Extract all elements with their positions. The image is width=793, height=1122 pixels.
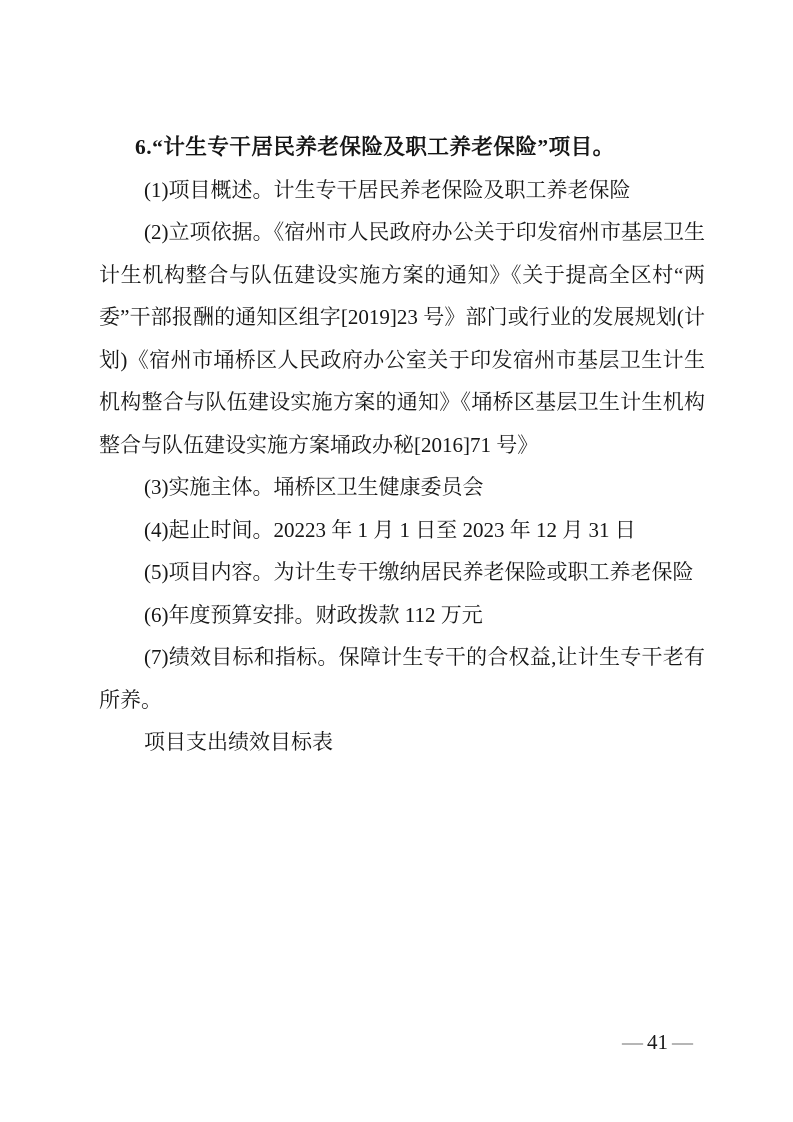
paragraph-time-period: (4)起止时间。20223 年 1 月 1 日至 2023 年 12 月 31 … — [99, 509, 705, 552]
paragraph-performance-goals: (7)绩效目标和指标。保障计生专干的合权益,让计生专干老有所养。 — [99, 636, 705, 721]
document-body: 6.“计生专干居民养老保险及职工养老保险”项目。 (1)项目概述。计生专干居民养… — [99, 126, 705, 764]
paragraph-project-content: (5)项目内容。为计生专干缴纳居民养老保险或职工养老保险 — [99, 551, 705, 594]
page-number: —41— — [618, 1029, 697, 1055]
paragraph-target-table-caption: 项目支出绩效目标表 — [99, 721, 705, 764]
page-number-left-dash: — — [618, 1030, 647, 1054]
page-number-value: 41 — [647, 1030, 668, 1054]
page-number-right-dash: — — [668, 1030, 697, 1054]
paragraph-project-basis: (2)立项依据。《宿州市人民政府办公关于印发宿州市基层卫生计生机构整合与队伍建设… — [99, 211, 705, 466]
paragraph-annual-budget: (6)年度预算安排。财政拨款 112 万元 — [99, 594, 705, 637]
paragraph-implementing-body: (3)实施主体。埇桥区卫生健康委员会 — [99, 466, 705, 509]
paragraph-project-overview: (1)项目概述。计生专干居民养老保险及职工养老保险 — [99, 169, 705, 212]
section-heading: 6.“计生专干居民养老保险及职工养老保险”项目。 — [99, 126, 705, 169]
document-page: 6.“计生专干居民养老保险及职工养老保险”项目。 (1)项目概述。计生专干居民养… — [0, 0, 793, 1122]
